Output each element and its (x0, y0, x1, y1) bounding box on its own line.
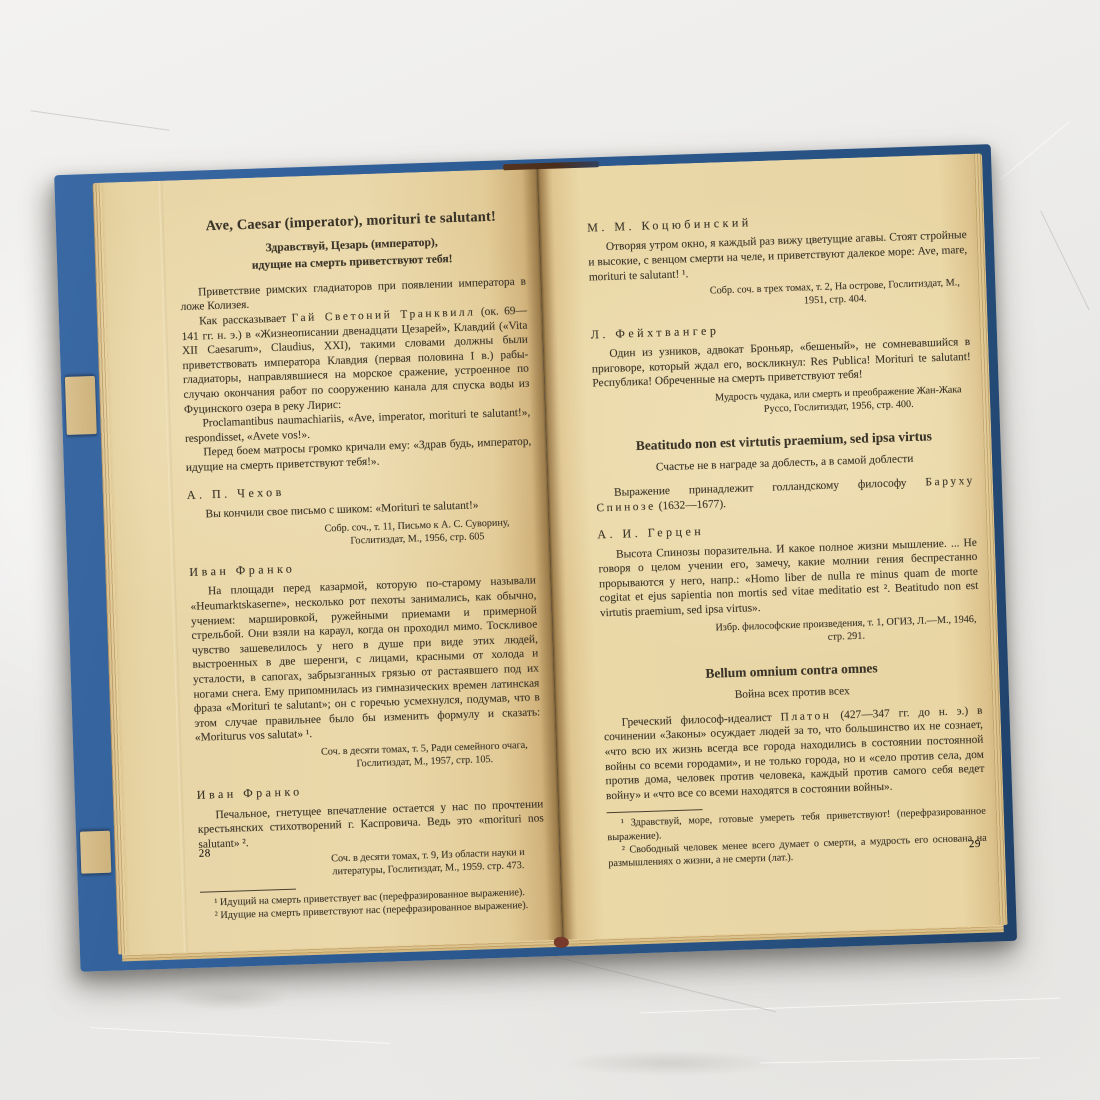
left-page-content: Ave, Caesar (imperator), morituri te sal… (92, 168, 562, 954)
surface-smudge (560, 1050, 780, 1076)
surface-scratch (1000, 121, 1070, 180)
paragraph-suetonius: Как рассказывает Гай Светоний Транквилл … (181, 304, 530, 418)
surface-scratch (760, 1058, 1040, 1064)
footnote-rule (607, 809, 703, 813)
paragraph-franko-2: Печальное, гнетущее впечатление остается… (197, 797, 544, 852)
paragraph-spinoza: Выражение принадлежит голландскому филос… (596, 474, 976, 516)
paragraph-text: Выражение принадлежит голландскому филос… (614, 477, 926, 499)
surface-smudge (170, 985, 290, 1011)
footnotes-block: ¹ Здравствуй, море, готовые умереть тебя… (607, 800, 988, 871)
spaced-name: Платон (780, 710, 831, 724)
paragraph-plato: Греческий философ-идеалист Платон (427—3… (603, 704, 985, 804)
open-book: Ave, Caesar (imperator), morituri te sal… (92, 153, 1007, 954)
translation-line1: Здравствуй, Цезарь (император), (265, 236, 438, 255)
surface-scratch (31, 110, 170, 130)
surface-scratch (524, 949, 777, 1013)
article-title-latin: Ave, Caesar (imperator), morituri te sal… (178, 207, 524, 237)
article-title-translation: Здравствуй, Цезарь (император), идущие н… (179, 232, 526, 276)
footnotes-block: ¹ Идущий на смерть приветствует вас (пер… (200, 880, 547, 923)
left-page: Ave, Caesar (imperator), morituri te sal… (92, 168, 562, 954)
paragraph-herzen: Высота Спинозы поразительна. И какое пол… (598, 535, 979, 620)
section-subheading-beatitudo: Счастье не в награде за доблесть, а в са… (595, 450, 974, 477)
right-page: М. М. Коцюбинский Отворяя утром окно, я … (537, 153, 1007, 939)
surface-scratch (640, 998, 1060, 1014)
paragraph-franko-1: На площади перед казармой, которую по-ст… (190, 574, 541, 746)
photo-stage: Ave, Caesar (imperator), morituri te sal… (0, 0, 1100, 1100)
spine-label-band (65, 376, 97, 435)
footnote-rule (200, 889, 296, 893)
surface-scratch (1040, 211, 1089, 310)
translation-line2: идущие на смерть приветствуют тебя! (252, 252, 453, 272)
surface-scratch (90, 1027, 390, 1044)
spine-label-band (80, 831, 111, 874)
paragraph-text: Как рассказывает (199, 313, 292, 328)
paragraph-kotsiubynsky: Отворяя утром окно, я каждый раз вижу цв… (588, 228, 968, 284)
section-subheading-bellum: Война всех против всех (603, 680, 982, 707)
paragraph-feuchtwanger: Один из узников, адвокат Броньяр, «бешен… (591, 335, 971, 391)
paragraph-text: (1632—1677). (656, 498, 727, 512)
right-page-content: М. М. Коцюбинский Отворяя утром окно, я … (537, 153, 1007, 939)
